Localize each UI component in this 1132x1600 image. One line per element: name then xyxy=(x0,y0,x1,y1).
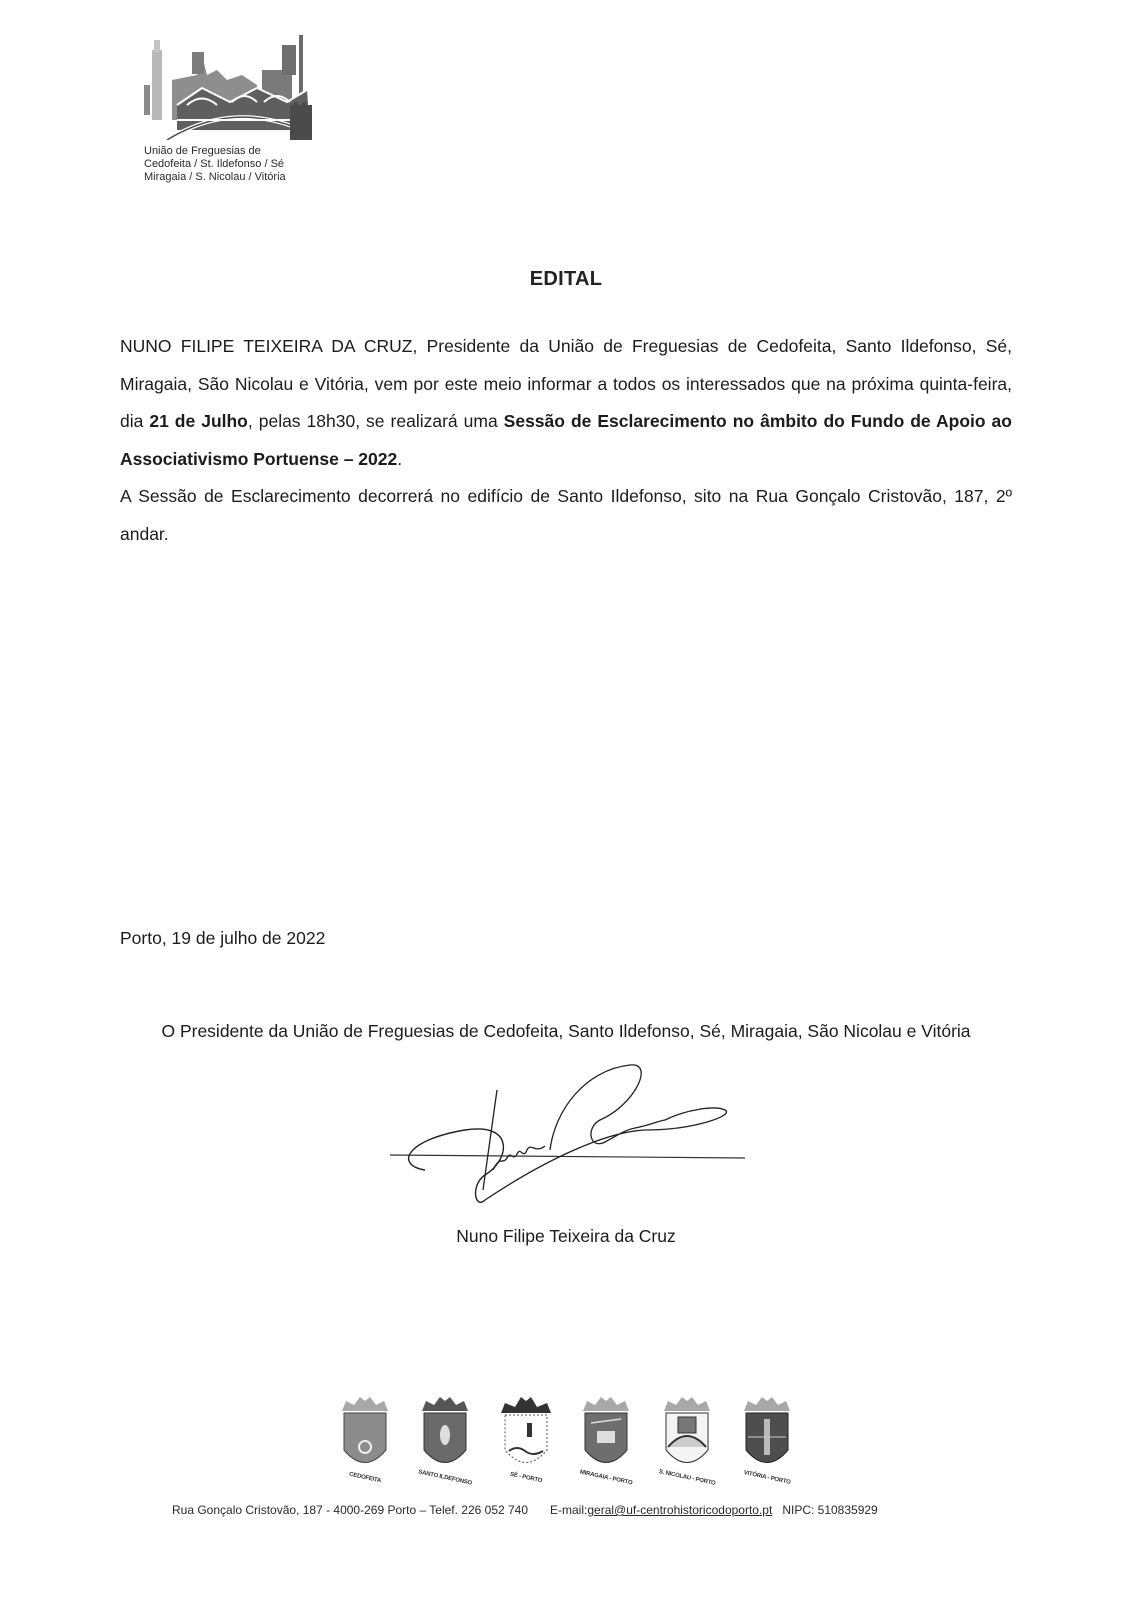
sao-nicolau-coat-of-arms-icon: S. NICOLAU - PORTO xyxy=(658,1395,716,1495)
announcement-text: . xyxy=(397,449,402,469)
logo-caption-line: Cedofeita / St. Ildefonso / Sé xyxy=(144,158,286,171)
santo-ildefonso-coat-of-arms-icon: SANTO ILDEFONSO xyxy=(416,1395,474,1495)
miragaia-coat-of-arms-icon: MIRAGAIA - PORTO xyxy=(577,1395,635,1495)
location-paragraph: A Sessão de Esclarecimento decorrerá no … xyxy=(120,478,1012,553)
footer-nipc: NIPC: 510835929 xyxy=(782,1503,877,1517)
closing-title: O Presidente da União de Freguesias de C… xyxy=(100,1013,1032,1050)
announcement-paragraph: NUNO FILIPE TEIXEIRA DA CRUZ, Presidente… xyxy=(120,328,1012,478)
footer-address: Rua Gonçalo Cristovão, 187 - 4000-269 Po… xyxy=(172,1503,528,1517)
logo-caption-line: União de Freguesias de xyxy=(144,145,286,158)
document-date: Porto, 19 de julho de 2022 xyxy=(120,928,325,949)
signer-name: Nuno Filipe Teixeira da Cruz xyxy=(0,1226,1132,1247)
coats-of-arms-row: CEDOFEITA SANTO ILDEFONSO SÉ - PORTO MIR… xyxy=(336,1395,796,1495)
se-coat-of-arms-icon: SÉ - PORTO xyxy=(497,1395,555,1495)
handwritten-signature-icon xyxy=(385,1050,755,1220)
footer-email-link[interactable]: geral@uf-centrohistoricodoporto.pt xyxy=(587,1503,772,1517)
document-title: EDITAL xyxy=(0,268,1132,291)
porto-skyline-logo-icon xyxy=(142,30,322,140)
logo-caption-line: Miragaia / S. Nicolau / Vitória xyxy=(144,171,286,184)
document-body: NUNO FILIPE TEIXEIRA DA CRUZ, Presidente… xyxy=(120,328,1012,553)
announcement-text: , pelas 18h30, se realizará uma xyxy=(248,411,504,431)
vitoria-coat-of-arms-icon: VITÓRIA - PORTO xyxy=(738,1395,796,1495)
event-date: 21 de Julho xyxy=(149,411,248,431)
cedofeita-coat-of-arms-icon: CEDOFEITA xyxy=(336,1395,394,1495)
footer-email-label: E-mail: xyxy=(550,1503,587,1517)
logo-caption: União de Freguesias de Cedofeita / St. I… xyxy=(144,145,286,184)
footer-contact: Rua Gonçalo Cristovão, 187 - 4000-269 Po… xyxy=(172,1503,878,1517)
